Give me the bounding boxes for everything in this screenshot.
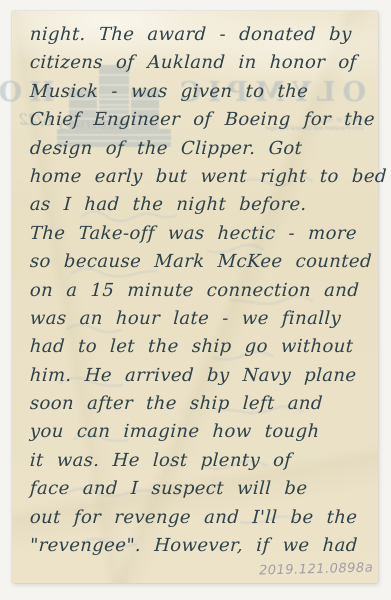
letter-line: so because Mark McKee counted — [29, 251, 367, 279]
letter-line: soon after the ship left and — [29, 393, 367, 421]
letter-line: night. The award - donated by — [29, 24, 367, 52]
letter-line: had to let the ship go without — [29, 336, 367, 364]
catalog-number: 2019.121.0898a — [259, 561, 374, 579]
letter-line: Musick - was given to the — [29, 81, 367, 109]
letter-line: you can imagine how tough — [29, 421, 367, 449]
letter-line: citizens of Aukland in honor of — [29, 52, 367, 80]
photo-background: OLYMPIC — [0, 0, 391, 600]
letter-line: was an hour late - we finally — [29, 308, 367, 336]
letter-line: Chief Engineer of Boeing for the — [29, 109, 367, 137]
letter-line: The Take-off was hectic - more — [29, 223, 367, 251]
letter-line: out for revenge and I'll be the — [29, 507, 367, 535]
letter-line: on a 15 minute connection and — [29, 280, 367, 308]
letter-line: home early but went right to bed — [29, 166, 367, 194]
letter-line: it was. He lost plenty of — [29, 450, 367, 478]
letter-line: design of the Clipper. Got — [29, 138, 367, 166]
letter-line: as I had the night before. — [29, 194, 367, 222]
letter-line: "revengee". However, if we had — [29, 535, 367, 563]
letter-line: face and I suspect will be — [29, 478, 367, 506]
letter-line: him. He arrived by Navy plane — [29, 365, 367, 393]
letter-body: night. The award - donated by citizens o… — [29, 24, 366, 563]
letter-page: OLYMPIC — [12, 11, 378, 583]
